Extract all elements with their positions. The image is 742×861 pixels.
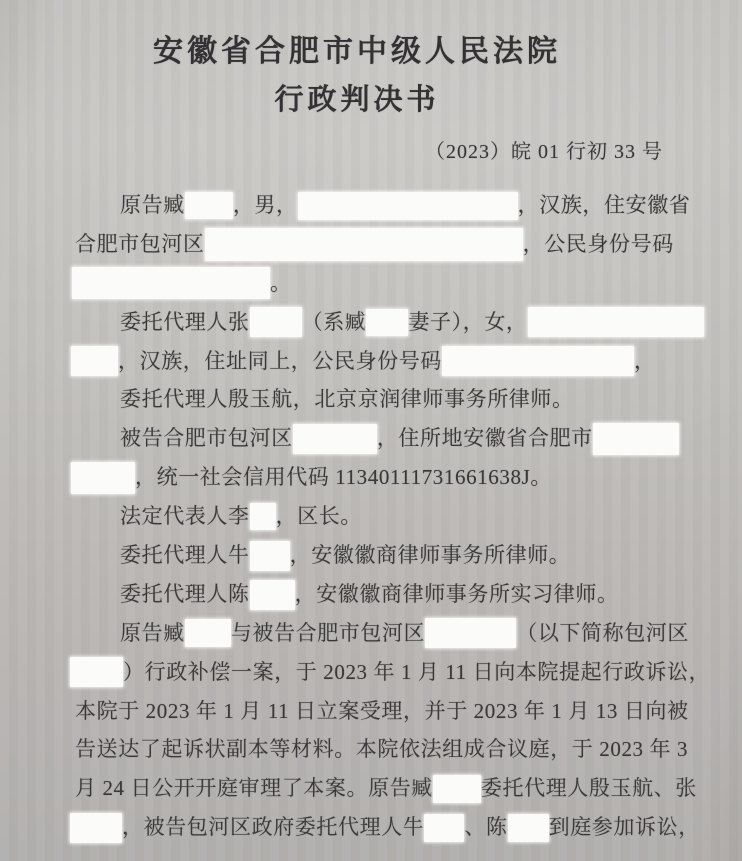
text-segment: ，汉族，住址同上，公民身份号码: [118, 349, 442, 373]
text-segment: ，男，: [233, 193, 298, 217]
text-segment: 到庭参加诉讼，: [549, 815, 700, 839]
text-line: 被告合肥市包河区，住所地安徽省合肥市: [75, 419, 680, 458]
case-number: （2023）皖 01 行初 33 号: [425, 135, 663, 164]
redaction-box: [433, 775, 481, 803]
redaction-box: [293, 424, 377, 454]
court-name-title: 安徽省合肥市中级人民法院: [0, 26, 728, 70]
text-segment: ）行政补偿一案，于 2023 年 1 月 11 日向本院提起行政诉讼，: [123, 660, 710, 684]
text-line: ，被告包河区政府委托代理人牛、陈到庭参加诉讼，: [75, 808, 680, 847]
text-segment: 委托代理人殷玉航，北京京润律师事务所律师。: [120, 387, 574, 411]
text-line: 委托代理人牛，安徽徽商律师事务所律师。: [75, 536, 680, 575]
text-segment: 。: [270, 271, 292, 295]
text-line: 原告臧，男，，汉族，住安徽省: [75, 186, 680, 225]
redaction-box: [70, 813, 122, 843]
text-segment: ，住所地安徽省合肥市: [377, 426, 593, 450]
text-segment: ，区长。: [276, 504, 362, 528]
text-segment: （以下简称包河区: [516, 621, 689, 645]
redaction-box: [424, 814, 464, 842]
text-line: 本院于 2023 年 1 月 11 日立案受理，并于 2023 年 1 月 13…: [75, 692, 680, 731]
redaction-box: [508, 814, 549, 842]
text-segment: 与被告合肥市包河区: [231, 621, 425, 645]
text-segment: 委托代理人牛: [120, 543, 250, 567]
text-segment: 原告臧: [120, 193, 185, 217]
text-line: 合肥市包河区，公民身份号码: [75, 225, 680, 264]
text-line: ，统一社会信用代码 11340111731661638J。: [75, 458, 680, 497]
text-segment: 本院于 2023 年 1 月 11 日立案受理，并于 2023 年 1 月 13…: [75, 699, 689, 723]
redaction-box: [250, 503, 276, 530]
text-segment: 原告臧: [120, 621, 185, 645]
redaction-box: [71, 462, 135, 494]
redaction-box: [442, 346, 634, 376]
text-line: 原告臧与被告合肥市包河区（以下简称包河区: [75, 614, 680, 653]
text-line: 告送达了起诉状副本等材料。本院依法组成合议庭，于 2023 年 3: [75, 730, 680, 769]
document-type-title: 行政判决书: [0, 77, 728, 118]
document-body: 原告臧，男，，汉族，住安徽省合肥市包河区，公民身份号码。委托代理人张（系臧妻子）…: [75, 186, 680, 847]
text-segment: 告送达了起诉状副本等材料。本院依法组成合议庭，于 2023 年 3: [75, 737, 688, 761]
redaction-box: [528, 307, 704, 337]
text-segment: 、陈: [464, 815, 507, 839]
redaction-box: [250, 541, 290, 571]
text-segment: 委托代理人陈: [120, 582, 250, 606]
text-segment: 委托代理人殷玉航、张: [481, 776, 697, 800]
text-line: 法定代表人李，区长。: [75, 497, 680, 536]
text-segment: ，统一社会信用代码 11340111731661638J。: [135, 465, 552, 489]
redaction-box: [366, 309, 408, 336]
text-segment: 委托代理人张: [120, 310, 250, 334]
text-line: 委托代理人殷玉航，北京京润律师事务所律师。: [75, 380, 680, 419]
text-segment: ，汉族，住安徽省: [518, 193, 691, 217]
text-line: 委托代理人陈，安徽徽商律师事务所实习律师。: [75, 575, 680, 614]
text-segment: 被告合肥市包河区: [120, 426, 293, 450]
redaction-box: [71, 346, 118, 376]
redaction-box: [70, 657, 123, 687]
redaction-box: [425, 618, 516, 648]
judgment-document-page: 安徽省合肥市中级人民法院 行政判决书 （2023）皖 01 行初 33 号 原告…: [0, 0, 742, 861]
redaction-box: [298, 192, 518, 220]
text-segment: ，被告包河区政府委托代理人牛: [122, 815, 424, 839]
text-line: 。: [75, 264, 680, 303]
text-line: 月 24 日公开开庭审理了本案。原告臧委托代理人殷玉航、张: [75, 769, 680, 808]
text-segment: （系臧: [302, 310, 367, 334]
text-segment: ，安徽徽商律师事务所律师。: [290, 543, 571, 567]
redaction-box: [185, 619, 231, 647]
redaction-box: [593, 423, 679, 455]
redaction-box: [250, 307, 302, 337]
redaction-box: [205, 228, 523, 261]
text-line: ，汉族，住址同上，公民身份号码，: [75, 342, 680, 381]
text-line: ）行政补偿一案，于 2023 年 1 月 11 日向本院提起行政诉讼，: [75, 653, 680, 692]
text-segment: 合肥市包河区: [75, 232, 205, 256]
redaction-box: [72, 267, 270, 299]
text-segment: 妻子），女，: [408, 310, 527, 334]
redaction-box: [250, 580, 295, 610]
text-segment: 法定代表人李: [120, 504, 250, 528]
redaction-box: [185, 192, 233, 219]
text-segment: ，: [634, 349, 656, 373]
text-segment: ，公民身份号码: [523, 232, 674, 256]
text-segment: 月 24 日公开开庭审理了本案。原告臧: [75, 776, 433, 800]
text-line: 委托代理人张（系臧妻子），女，: [75, 303, 680, 342]
text-segment: ，安徽徽商律师事务所实习律师。: [295, 582, 619, 606]
